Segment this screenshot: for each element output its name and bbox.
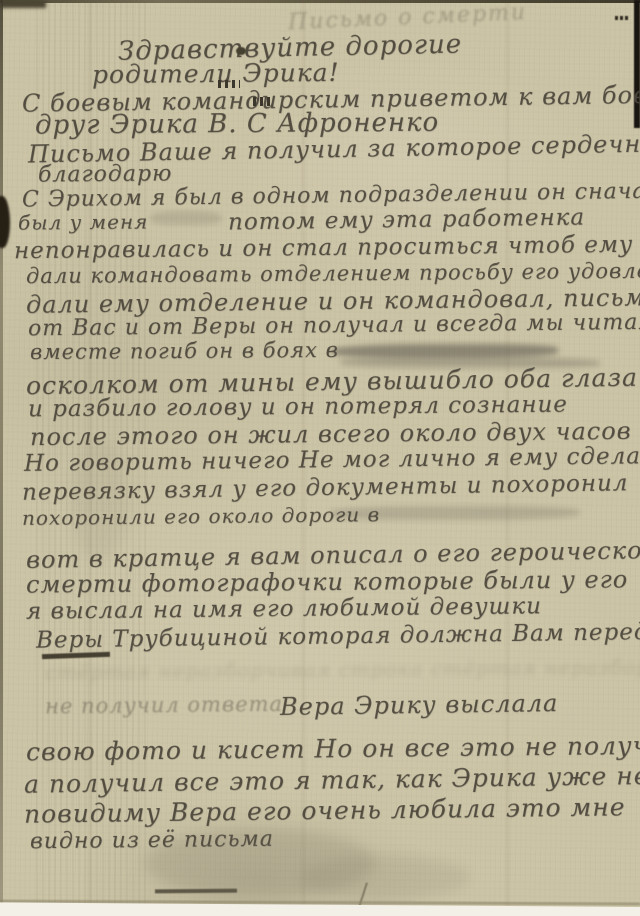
letter-line: от Вас и от Веры он получал и всегда мы …: [28, 311, 640, 342]
erased-line: стёртая неразборчивая строка стёртая нер…: [45, 655, 640, 683]
letter-line: повидиму Вера его очень любила это мне: [24, 793, 626, 828]
corner-pencil-mark: [615, 16, 630, 20]
erased-word-smudge: [330, 506, 580, 520]
ink-blot: [253, 97, 273, 106]
censored-smudge: [332, 344, 558, 358]
letter-line: Вера Эрику выслала: [280, 690, 559, 720]
page-corner-shadow: [0, 0, 46, 8]
censored-smudge: [340, 357, 600, 368]
letter-line: благодарю: [38, 162, 173, 187]
letter-line: свою фото и кисет Но он все это не получ…: [26, 732, 640, 766]
erased-word-smudge: [150, 211, 222, 225]
letter-line: вместе погиб он в боях в: [30, 339, 339, 364]
ink-blot: [218, 80, 240, 88]
letter-scan: Письмо о смерти Здравствуйте дорогие род…: [0, 0, 640, 916]
ink-blot: [236, 47, 246, 55]
faded-line: не получил ответа: [45, 693, 283, 719]
letter-line: потом ему эта работенка: [228, 206, 585, 236]
page-edge-top: [0, 0, 640, 3]
margin-stain: [70, 440, 130, 560]
letter-line: родители Эрика!: [92, 59, 340, 89]
bottom-stain: [300, 855, 470, 900]
page-edge-left: [0, 0, 3, 916]
edge-ink-blob: [0, 196, 10, 248]
letter-line: я выслал на имя его любимой девушки: [26, 594, 542, 625]
letter-line: был у меня: [18, 210, 149, 233]
